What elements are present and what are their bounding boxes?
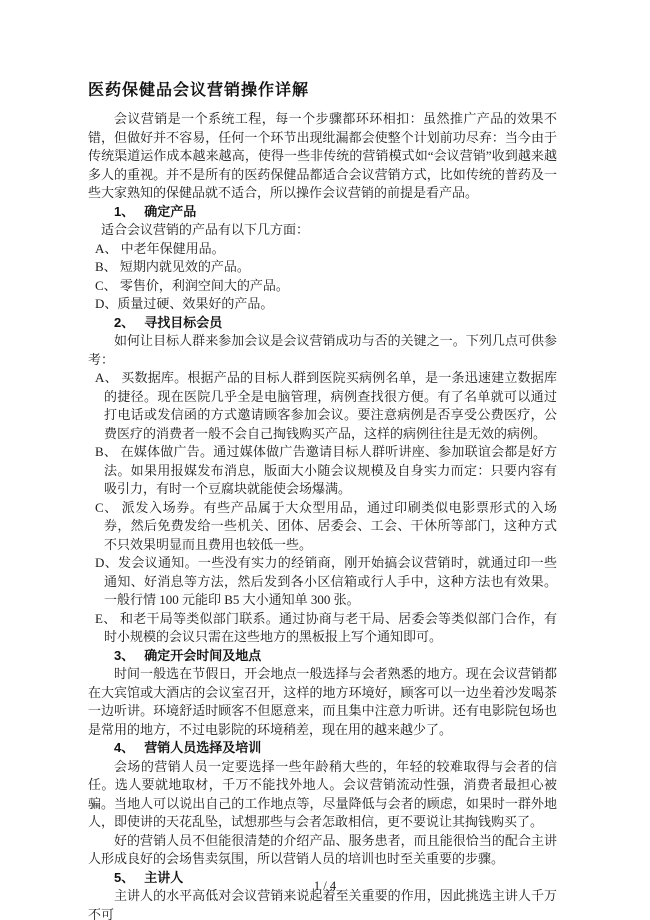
list-item: A、 买数据库。根据产品的目标人群到医院买病例名单，是一条迅速建立数据库的捷径。… <box>88 369 557 443</box>
document-title: 医药保健品会议营销操作详解 <box>88 77 557 100</box>
paragraph: 时间一般选在节假日，开会地点一般选择与会者熟悉的地方。现在会议营销都在大宾馆或大… <box>88 665 557 739</box>
section-heading-2: 2、寻找目标会员 <box>88 314 557 333</box>
section-title: 寻找目标会员 <box>144 315 222 330</box>
list-item: B、 短期内就见效的产品。 <box>88 258 557 277</box>
section-title: 确定开会时间及地点 <box>144 648 261 663</box>
paragraph: 会场的营销人员一定要选择一些年龄稍大些的，年轻的较难取得与会者的信任。选人要就地… <box>88 758 557 832</box>
section-number: 3、 <box>114 648 144 663</box>
section-lead: 如何让目标人群来参加会议是会议营销成功与否的关键之一。下列几点可供参考： <box>88 332 557 369</box>
list-item: B、 在媒体做广告。通过媒体做广告邀请目标人群听讲座、参加联谊会都是好方法。如果… <box>88 443 557 499</box>
section-title: 营销人员选择及培训 <box>144 740 261 755</box>
section-lead: 适合会议营销的产品有以下几方面： <box>88 221 557 240</box>
paragraph: 好的营销人员不但能很清楚的介绍产品、服务患者，而且能很恰当的配合主讲人形成良好的… <box>88 832 557 869</box>
intro-paragraph: 会议营销是一个系统工程，每一个步骤都环环相扣：虽然推广产品的效果不错，但做好并不… <box>88 110 557 203</box>
section-number: 4、 <box>114 740 144 755</box>
list-item: C、 零售价，利润空间大的产品。 <box>88 277 557 296</box>
list-item: D、发会议通知。一些没有实力的经销商，刚开始搞会议营销时，就通过印一些通知、好消… <box>88 554 557 610</box>
section-heading-4: 4、营销人员选择及培训 <box>88 739 557 758</box>
list-item: C、 派发入场券。有些产品属于大众型用品，通过印刷类似电影票形式的入场券，然后免… <box>88 499 557 555</box>
list-item: A、 中老年保健用品。 <box>88 240 557 259</box>
section-number: 2、 <box>114 315 144 330</box>
list-item: D、质量过硬、效果好的产品。 <box>88 295 557 314</box>
page-number: 1 / 4 <box>0 879 650 894</box>
document-page: 医药保健品会议营销操作详解 会议营销是一个系统工程，每一个步骤都环环相扣：虽然推… <box>0 0 650 920</box>
section-number: 1、 <box>114 204 144 219</box>
section-heading-1: 1、确定产品 <box>88 203 557 222</box>
section-title: 确定产品 <box>144 204 196 219</box>
document-content: 医药保健品会议营销操作详解 会议营销是一个系统工程，每一个步骤都环环相扣：虽然推… <box>88 77 557 920</box>
section-heading-3: 3、确定开会时间及地点 <box>88 647 557 666</box>
list-item: E、 和老干局等类似部门联系。通过协商与老干局、居委会等类似部门合作，有时小规模… <box>88 610 557 647</box>
